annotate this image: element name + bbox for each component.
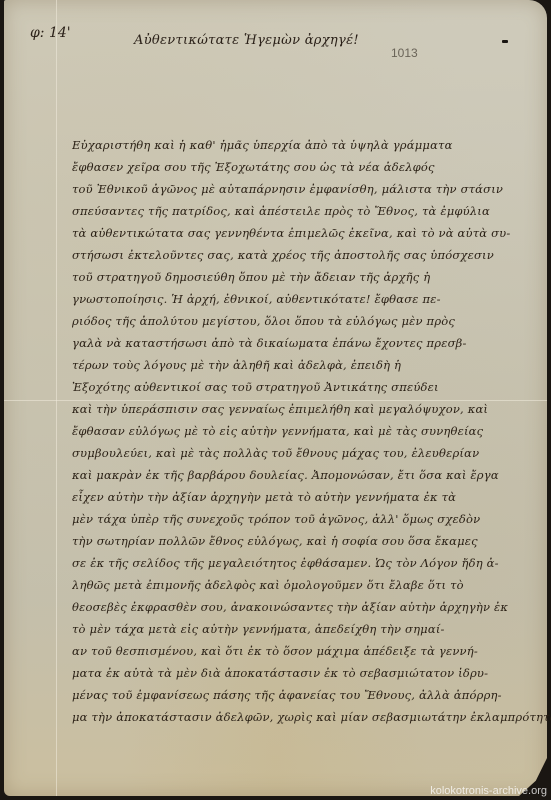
- text-line: τοῦ Ἐθνικοῦ ἀγῶνος μὲ αὐταπάρνησιν ἐμφαν…: [72, 178, 551, 200]
- text-line: αν τοῦ θεσπισμένου, καὶ ὅτι ἐκ τὸ ὅσον μ…: [72, 640, 551, 662]
- manuscript-page: φ: 14' Αὐθεντικώτατε Ἡγεμὼν ἀρχηγέ! 1013…: [4, 0, 547, 796]
- text-line: καὶ τὴν ὑπεράσπισιν σας γενναίως ἐπιμελή…: [72, 398, 551, 420]
- archive-number: 1013: [391, 46, 418, 60]
- folio-number: φ: 14': [30, 25, 71, 41]
- text-line: ριόδος τῆς ἀπολύτου μεγίστου, ὅλοι ὅπου …: [72, 310, 551, 332]
- text-line: γαλὰ νὰ καταστήσωσι ἀπὸ τὰ δικαίωματα ἐπ…: [72, 332, 551, 354]
- text-line: καὶ μακρὰν ἐκ τῆς βαρβάρου δουλείας. Ἀπο…: [72, 464, 551, 486]
- salutation-heading: Αὐθεντικώτατε Ἡγεμὼν ἀρχηγέ!: [134, 33, 359, 48]
- text-line: σπεύσαντες τῆς πατρίδος, καὶ ἀπέστειλε π…: [72, 200, 551, 222]
- text-line: τέρων τοὺς λόγους μὲ τὴν ἀληθῆ καὶ ἀδελφ…: [72, 354, 551, 376]
- text-line: στήσωσι ἐκτελοῦντες σας, κατὰ χρέος τῆς …: [72, 244, 551, 266]
- archive-watermark: kolokotronis-archive.org: [430, 785, 547, 797]
- text-line: θεοσεβὲς ἐκφρασθὲν σου, ἀνακοινώσαντες τ…: [72, 596, 551, 618]
- text-line: ματα ἐκ αὐτὰ τὰ μὲν διὰ ἀποκατάστασιν ἐκ…: [72, 662, 551, 684]
- vertical-fold-line: [56, 0, 57, 796]
- text-line: τὴν σωτηρίαν πολλῶν ἔθνος εὐλόγως, καὶ ἡ…: [72, 530, 551, 552]
- text-line-last: μα τὴν ἀποκατάστασιν ἀδελφῶν, χωρὶς καὶ …: [72, 706, 551, 728]
- text-line: σε ἐκ τῆς σελίδος τῆς μεγαλειότητος ἐφθά…: [72, 552, 551, 574]
- text-line: Εὐχαριστήθη καὶ ἡ καθ' ἡμᾶς ὑπερχία ἀπὸ …: [72, 134, 551, 156]
- text-line: τοῦ στρατηγοῦ δημοσιεύθη ὅπου μὲ τὴν ἄδε…: [72, 266, 551, 288]
- text-line: ἔφθασεν χεῖρα σου τῆς Ἐξοχωτάτης σου ὡς …: [72, 156, 551, 178]
- text-line: τὰ αὐθεντικώτατα σας γεννηθέντα ἐπιμελῶς…: [72, 222, 551, 244]
- text-line: τὸ μὲν τάχα μετὰ εἰς αὐτὴν γεννήματα, ἀπ…: [72, 618, 551, 640]
- letter-body: Εὐχαριστήθη καὶ ἡ καθ' ἡμᾶς ὑπερχία ἀπὸ …: [72, 134, 551, 728]
- ink-mark: [502, 40, 508, 43]
- text-line: Ἐξοχότης αὐθεντικοί σας τοῦ στρατηγοῦ Ἀν…: [72, 376, 551, 398]
- text-line: εἶχεν αὐτὴν τὴν ἀξίαν ἀρχηγὴν μετὰ τὸ αὐ…: [72, 486, 551, 508]
- text-line: μένας τοῦ ἐμφανίσεως πάσης τῆς ἀφανείας …: [72, 684, 551, 706]
- text-line: μὲν τάχα ὑπὲρ τῆς συνεχοῦς τρόπον τοῦ ἀγ…: [72, 508, 551, 530]
- text-line: ληθῶς μετὰ ἐπιμονῆς ἀδελφὸς καὶ ὁμολογοῦ…: [72, 574, 551, 596]
- text-line: ἔφθασαν εὐλόγως μὲ τὸ εἰς αὐτὴν γεννήματ…: [72, 420, 551, 442]
- text-line: γνωστοποίησις. Ἡ ἀρχή, ἐθνικοί, αὐθεντικ…: [72, 288, 551, 310]
- text-line: συμβουλεύει, καὶ μὲ τὰς πολλὰς τοῦ ἔθνου…: [72, 442, 551, 464]
